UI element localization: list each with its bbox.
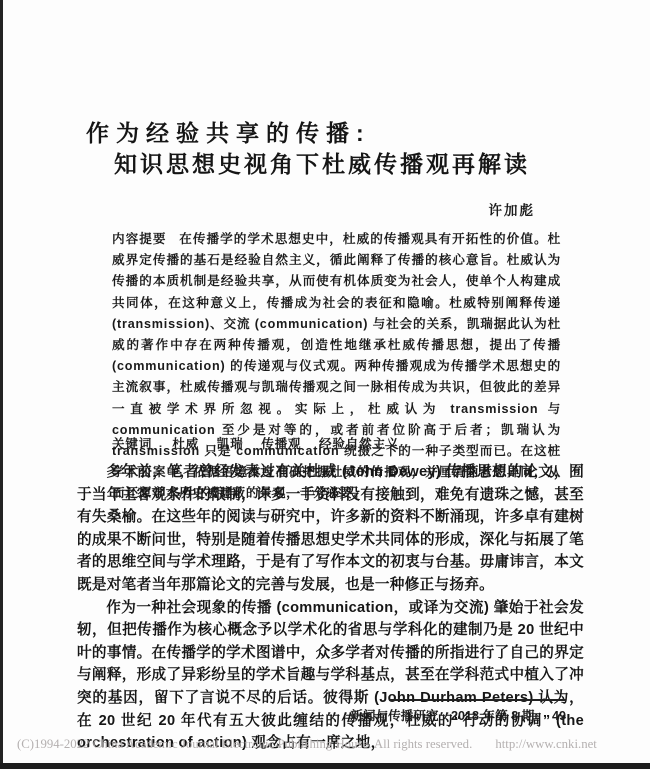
keywords: 关键词杜威凯瑞传播观经验自然主义 xyxy=(112,433,399,452)
article-title-line2: 知识思想史视角下杜威传播观再解读 xyxy=(114,149,530,180)
keyword-item: 传播观 xyxy=(261,437,301,451)
abstract-label: 内容提要 xyxy=(112,232,167,246)
journal-name: 新闻与传播研究 xyxy=(350,709,438,723)
footer-rule xyxy=(389,699,566,701)
body-paragraph: 多年前，笔者曾经发表过有关杜威 (John Dewey) 传播思想的论文，囿于当… xyxy=(77,461,584,597)
footer: 新闻与传播研究2018 年第 8 期49 xyxy=(350,705,566,724)
keyword-item: 杜威 xyxy=(172,437,199,451)
keywords-label: 关键词 xyxy=(112,437,152,451)
scan-edge-left xyxy=(0,0,3,769)
page-number: 49 xyxy=(552,709,566,723)
article-title: 作为经验共享的传播: 知识思想史视角下杜威传播观再解读 xyxy=(86,118,530,180)
copyright-url: http://www.cnki.net xyxy=(495,737,597,751)
copyright-line: (C)1994-2022 China Academic Journal Elec… xyxy=(17,737,597,752)
author-name: 许加彪 xyxy=(489,199,536,219)
journal-page: 作为经验共享的传播: 知识思想史视角下杜威传播观再解读 许加彪 内容提要在传播学… xyxy=(0,0,650,769)
body-paragraph: 作为一种社会现象的传播 (communication，或译为交流) 肇始于社会发… xyxy=(77,597,584,755)
keyword-item: 凯瑞 xyxy=(217,437,244,451)
article-title-line1: 作为经验共享的传播: xyxy=(86,118,530,149)
copyright-text: (C)1994-2022 China Academic Journal Elec… xyxy=(17,737,472,751)
keyword-item: 经验自然主义 xyxy=(319,437,399,451)
scan-edge-bottom xyxy=(0,763,650,769)
issue-info: 2018 年第 8 期 xyxy=(451,709,534,723)
